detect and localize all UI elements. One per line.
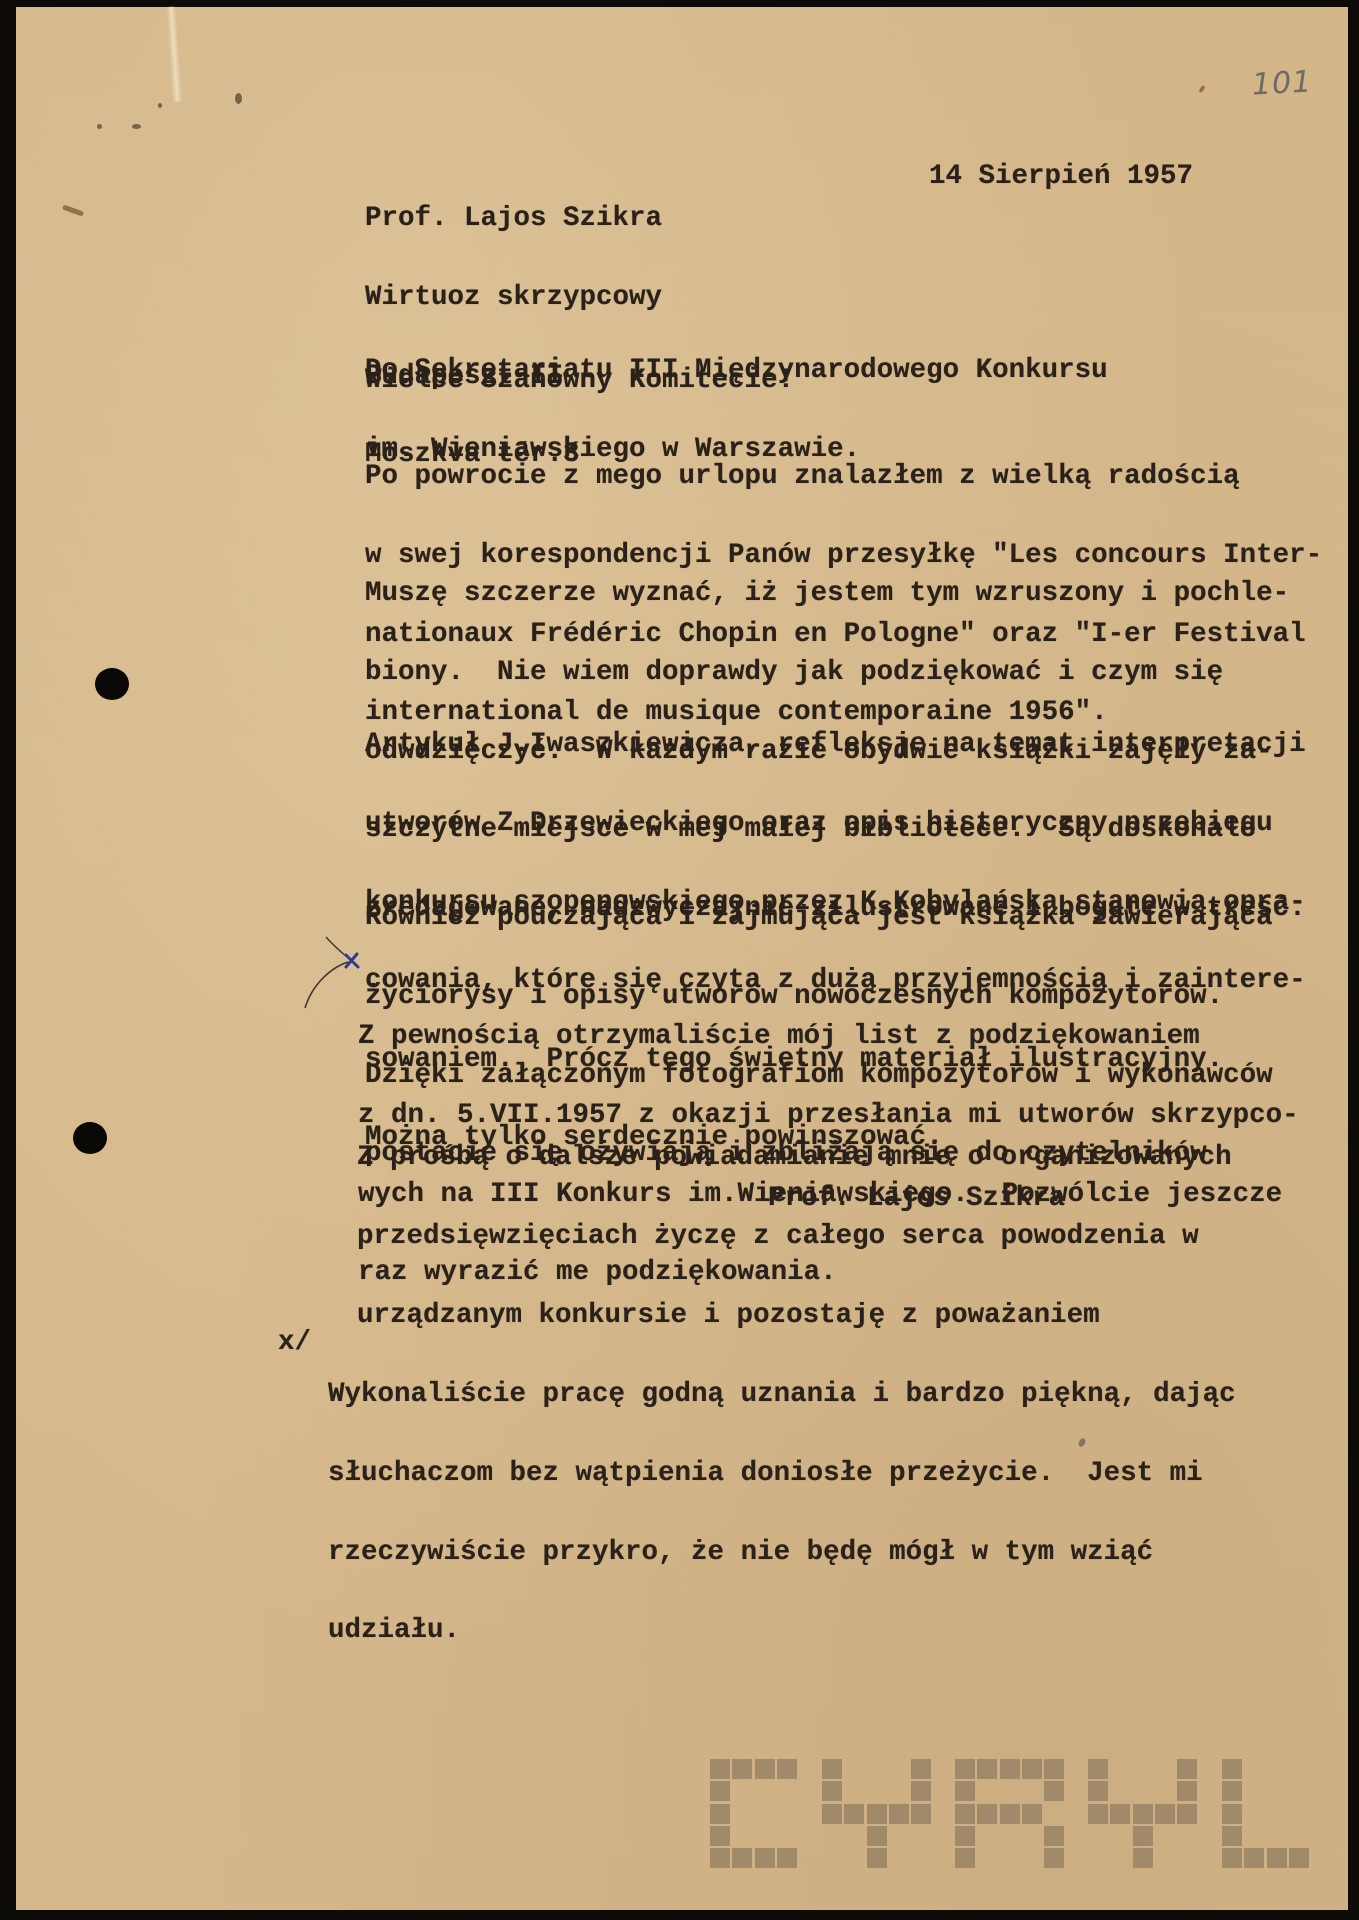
watermark-block — [1022, 1804, 1042, 1824]
watermark-block — [710, 1826, 730, 1846]
watermark-block — [1177, 1781, 1197, 1801]
watermark-block — [1222, 1781, 1242, 1801]
archive-number: 101 — [1251, 64, 1313, 102]
watermark-block — [710, 1759, 730, 1779]
signature: Prof. Lajos Szikra — [768, 1186, 1065, 1212]
salutation: Wielce Szanowny Komitecie! — [365, 368, 794, 394]
text-line: Z prośbą o dalsze powiadamianie mnie o o… — [357, 1145, 1232, 1171]
watermark-block — [1088, 1759, 1108, 1779]
paper-speck — [158, 103, 162, 108]
watermark-block — [867, 1804, 887, 1824]
watermark-block — [1177, 1804, 1197, 1824]
paper-speck — [235, 93, 242, 104]
watermark-block — [1267, 1848, 1287, 1868]
watermark-block — [977, 1759, 997, 1779]
text-line: Muszę szczerze wyznać, iż jestem tym wzr… — [365, 581, 1306, 607]
watermark-block — [822, 1759, 842, 1779]
watermark-block — [755, 1848, 775, 1868]
watermark-block — [1289, 1848, 1309, 1868]
watermark-block — [955, 1848, 975, 1868]
watermark-block — [1044, 1826, 1064, 1846]
text-line: utworów Z.Drzewieckiego oraz opis histor… — [365, 811, 1306, 837]
watermark-block — [1133, 1804, 1153, 1824]
watermark-block — [710, 1781, 730, 1801]
watermark-block — [1110, 1804, 1130, 1824]
watermark-block — [710, 1848, 730, 1868]
watermark-block — [1222, 1826, 1242, 1846]
watermark-block — [1222, 1759, 1242, 1779]
text-line: urządzanym konkursie i pozostaję z poważ… — [357, 1303, 1232, 1329]
letter-date: 14 Sierpień 1957 — [929, 164, 1193, 190]
watermark-block — [911, 1759, 931, 1779]
text-line: Z pewnością otrzymaliście mój list z pod… — [358, 1024, 1299, 1050]
watermark-block — [1000, 1804, 1020, 1824]
watermark-block — [1000, 1759, 1020, 1779]
text-line: Po powrocie z mego urlopu znalazłem z wi… — [365, 464, 1322, 490]
paper-speck — [97, 124, 102, 129]
watermark-block — [1022, 1759, 1042, 1779]
watermark-block — [1133, 1848, 1153, 1868]
watermark-block — [1088, 1781, 1108, 1801]
watermark-block — [1244, 1848, 1264, 1868]
watermark-block — [867, 1826, 887, 1846]
watermark-block — [1044, 1759, 1064, 1779]
footnote-line: udziału. — [328, 1618, 1236, 1644]
watermark-block — [1177, 1759, 1197, 1779]
sender-name: Prof. Lajos Szikra — [365, 206, 662, 232]
footnote-marker: x/ — [278, 1330, 311, 1356]
paper-crease — [166, 6, 183, 101]
punch-hole-top — [95, 668, 129, 700]
watermark-block — [822, 1781, 842, 1801]
footnote-line: Wykonaliście pracę godną uznania i bardz… — [328, 1382, 1236, 1408]
watermark-block — [977, 1804, 997, 1824]
watermark-block — [889, 1804, 909, 1824]
watermark-block — [1133, 1826, 1153, 1846]
watermark-block — [777, 1848, 797, 1868]
watermark-block — [911, 1781, 931, 1801]
text-line: Również pouczająca i zajmująca jest ksią… — [365, 905, 1273, 931]
paragraph-6: Z prośbą o dalsze powiadamianie mnie o o… — [357, 1093, 1232, 1355]
punch-hole-bottom — [73, 1122, 107, 1154]
watermark-block — [755, 1759, 775, 1779]
watermark-block — [822, 1804, 842, 1824]
watermark-block — [955, 1804, 975, 1824]
watermark-block — [1044, 1848, 1064, 1868]
watermark-block — [955, 1759, 975, 1779]
watermark-block — [732, 1759, 752, 1779]
text-line: Artykuł J.Iwaszkiewicza, refleksje na te… — [365, 732, 1306, 758]
watermark-block — [911, 1804, 931, 1824]
footnote-line: rzeczywiście przykro, że nie będę mógł w… — [328, 1540, 1236, 1566]
watermark-block — [955, 1781, 975, 1801]
watermark-block — [777, 1759, 797, 1779]
footnote-line: słuchaczom bez wątpienia doniosłe przeży… — [328, 1461, 1236, 1487]
watermark-block — [710, 1804, 730, 1824]
watermark-block — [844, 1804, 864, 1824]
watermark-block — [1088, 1804, 1108, 1824]
watermark-block — [1044, 1781, 1064, 1801]
paper-speck — [132, 124, 141, 129]
footnote: Wykonaliście pracę godną uznania i bardz… — [328, 1330, 1236, 1671]
watermark-block — [732, 1848, 752, 1868]
watermark-block — [867, 1848, 887, 1868]
watermark-block — [1222, 1804, 1242, 1824]
watermark-block — [1222, 1848, 1242, 1868]
text-line: przedsięwzięciach życzę z całego serca p… — [357, 1224, 1232, 1250]
watermark-block — [1155, 1804, 1175, 1824]
watermark-block — [955, 1826, 975, 1846]
